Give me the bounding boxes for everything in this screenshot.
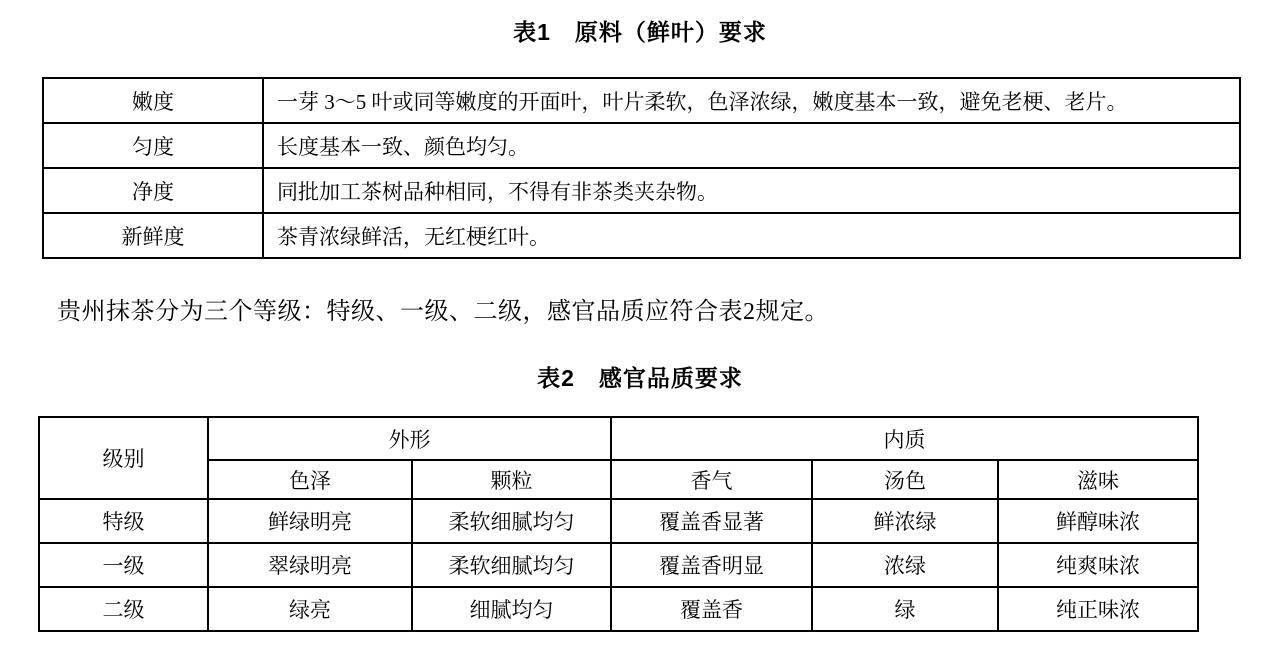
table1-row-content: 一芽 3～5 叶或同等嫩度的开面叶，叶片柔软，色泽浓绿，嫩度基本一致，避免老梗、… xyxy=(263,78,1240,123)
table2-subheader-taste: 滋味 xyxy=(998,460,1198,499)
table2-subheader-aroma: 香气 xyxy=(611,460,812,499)
table-row: 匀度 长度基本一致、颜色均匀。 xyxy=(43,123,1240,168)
table2-cell-liquor: 鲜浓绿 xyxy=(812,499,998,543)
table-row: 新鲜度 茶青浓绿鲜活，无红梗红叶。 xyxy=(43,213,1240,258)
table2-subheader-liquor-color: 汤色 xyxy=(812,460,998,499)
table1-row-content: 茶青浓绿鲜活，无红梗红叶。 xyxy=(263,213,1240,258)
table2-cell-granule: 细腻均匀 xyxy=(412,587,611,631)
table2-cell-taste: 纯爽味浓 xyxy=(998,543,1198,587)
table2-cell-granule: 柔软细腻均匀 xyxy=(412,499,611,543)
table2-cell-liquor: 绿 xyxy=(812,587,998,631)
table-row: 一级 翠绿明亮 柔软细腻均匀 覆盖香明显 浓绿 纯爽味浓 xyxy=(39,543,1198,587)
grade-description-paragraph: 贵州抹茶分为三个等级：特级、一级、二级，感官品质应符合表2规定。 xyxy=(57,291,1280,326)
table2-subheader-color: 色泽 xyxy=(208,460,412,499)
table2-cell-color: 鲜绿明亮 xyxy=(208,499,412,543)
table2-cell-color: 翠绿明亮 xyxy=(208,543,412,587)
table1-row-label: 新鲜度 xyxy=(43,213,263,258)
table2-cell-granule: 柔软细腻均匀 xyxy=(412,543,611,587)
table2-cell-liquor: 浓绿 xyxy=(812,543,998,587)
table2-cell-grade: 一级 xyxy=(39,543,208,587)
table-row: 净度 同批加工茶树品种相同，不得有非茶类夹杂物。 xyxy=(43,168,1240,213)
table2-header-row-sub: 色泽 颗粒 香气 汤色 滋味 xyxy=(39,460,1198,499)
table1-raw-material-requirements: 嫩度 一芽 3～5 叶或同等嫩度的开面叶，叶片柔软，色泽浓绿，嫩度基本一致，避免… xyxy=(42,77,1241,259)
document-page: 表1 原料（鲜叶）要求 嫩度 一芽 3～5 叶或同等嫩度的开面叶，叶片柔软，色泽… xyxy=(0,14,1280,632)
table2-cell-grade: 二级 xyxy=(39,587,208,631)
table2-header-appearance: 外形 xyxy=(208,417,611,460)
table2-title: 表2 感官品质要求 xyxy=(0,360,1280,393)
table1-row-label: 净度 xyxy=(43,168,263,213)
table2-cell-aroma: 覆盖香 xyxy=(611,587,812,631)
table2-cell-grade: 特级 xyxy=(39,499,208,543)
table-row: 嫩度 一芽 3～5 叶或同等嫩度的开面叶，叶片柔软，色泽浓绿，嫩度基本一致，避免… xyxy=(43,78,1240,123)
table2-header-inner-quality: 内质 xyxy=(611,417,1198,460)
table2-subheader-granule: 颗粒 xyxy=(412,460,611,499)
table1-title: 表1 原料（鲜叶）要求 xyxy=(0,14,1280,47)
table1-row-content: 长度基本一致、颜色均匀。 xyxy=(263,123,1240,168)
table1-row-label: 嫩度 xyxy=(43,78,263,123)
table2-header-grade: 级别 xyxy=(39,417,208,499)
table-row: 二级 绿亮 细腻均匀 覆盖香 绿 纯正味浓 xyxy=(39,587,1198,631)
table2-sensory-quality-requirements: 级别 外形 内质 色泽 颗粒 香气 汤色 滋味 特级 鲜绿明亮 柔软细腻均匀 覆… xyxy=(38,416,1199,632)
table2-header-row-groups: 级别 外形 内质 xyxy=(39,417,1198,460)
table2-cell-aroma: 覆盖香显著 xyxy=(611,499,812,543)
table2-cell-taste: 鲜醇味浓 xyxy=(998,499,1198,543)
table1-row-label: 匀度 xyxy=(43,123,263,168)
table2-cell-taste: 纯正味浓 xyxy=(998,587,1198,631)
table-row: 特级 鲜绿明亮 柔软细腻均匀 覆盖香显著 鲜浓绿 鲜醇味浓 xyxy=(39,499,1198,543)
table2-cell-aroma: 覆盖香明显 xyxy=(611,543,812,587)
table1-row-content: 同批加工茶树品种相同，不得有非茶类夹杂物。 xyxy=(263,168,1240,213)
table2-cell-color: 绿亮 xyxy=(208,587,412,631)
